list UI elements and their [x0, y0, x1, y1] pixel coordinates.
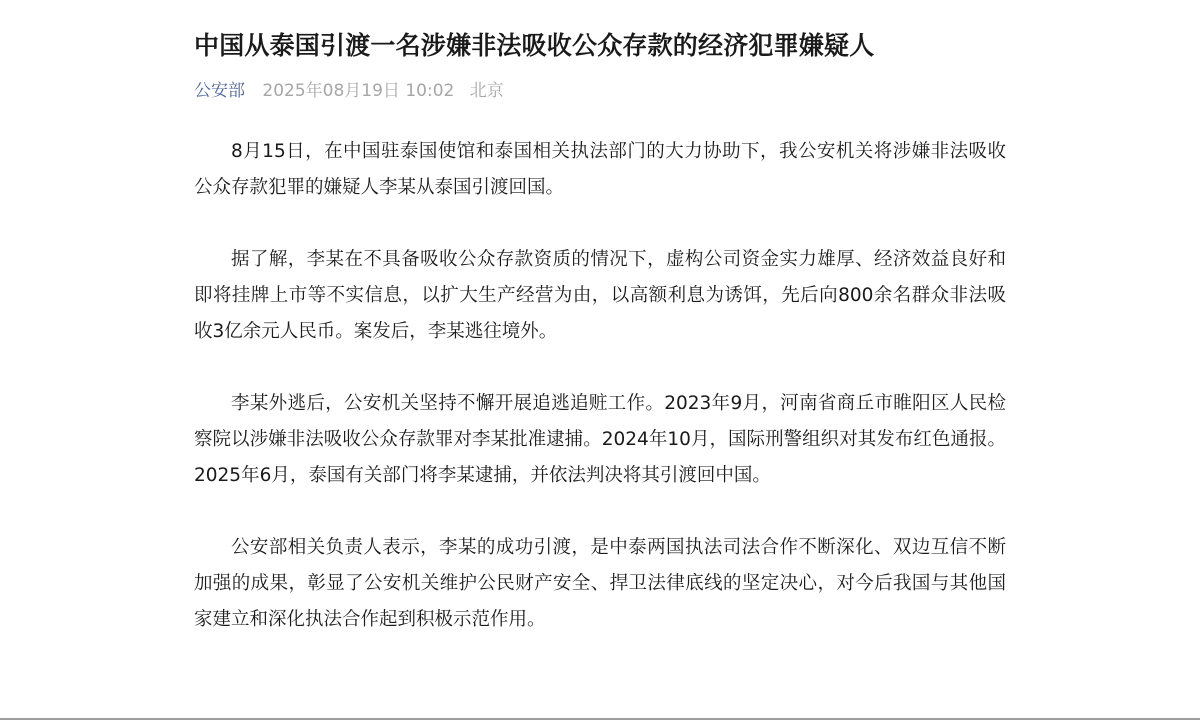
article-body: 8月15日，在中国驻泰国使馆和泰国相关执法部门的大力协助下，我公安机关将涉嫌非法…	[194, 134, 1006, 638]
source-link[interactable]: 公安部	[194, 81, 245, 101]
article-title: 中国从泰国引渡一名涉嫌非法吸收公众存款的经济犯罪嫌疑人	[194, 26, 1006, 66]
article: 中国从泰国引渡一名涉嫌非法吸收公众存款的经济犯罪嫌疑人 公安部 2025年08月…	[194, 26, 1006, 674]
publish-location: 北京	[470, 81, 504, 101]
paragraph-4: 公安部相关负责人表示，李某的成功引渡，是中泰两国执法司法合作不断深化、双边互信不…	[194, 530, 1006, 638]
paragraph-1: 8月15日，在中国驻泰国使馆和泰国相关执法部门的大力协助下，我公安机关将涉嫌非法…	[194, 134, 1006, 206]
article-meta: 公安部 2025年08月19日 10:02 北京	[194, 78, 1006, 104]
publish-datetime: 2025年08月19日 10:02	[262, 81, 454, 101]
paragraph-2: 据了解，李某在不具备吸收公众存款资质的情况下，虚构公司资金实力雄厚、经济效益良好…	[194, 242, 1006, 350]
paragraph-3: 李某外逃后，公安机关坚持不懈开展追逃追赃工作。2023年9月，河南省商丘市睢阳区…	[194, 386, 1006, 494]
